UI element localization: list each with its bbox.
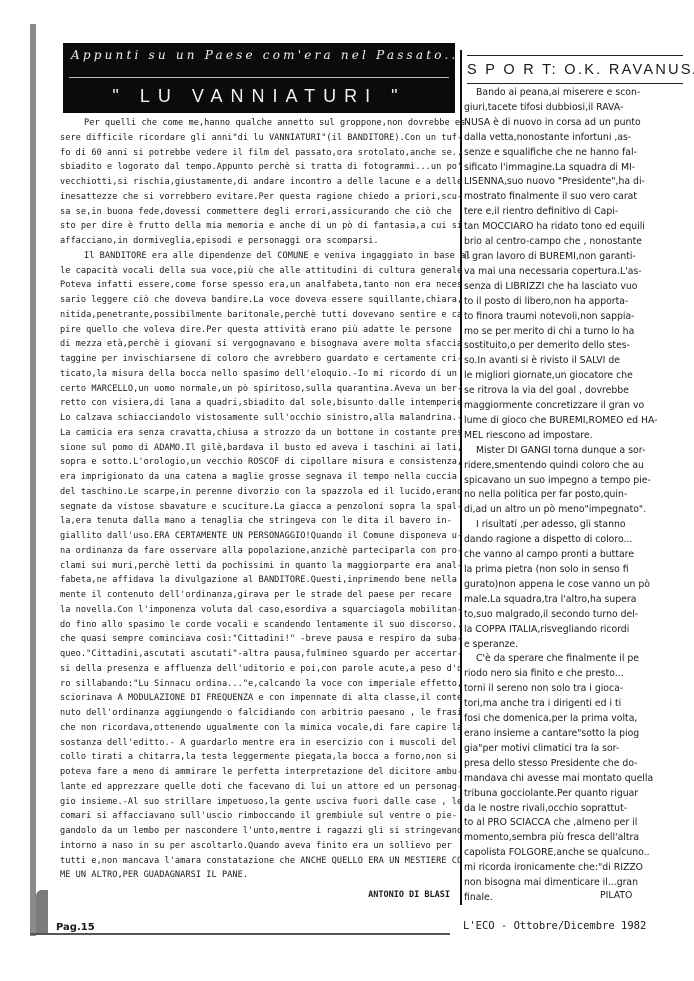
text-line: no nella politica per far posto,quin- <box>464 488 690 503</box>
text-line: giuri,tacete tifosi dubbiosi,il RAVA- <box>464 101 690 116</box>
text-line: se ritrova la via del goal , dovrebbe <box>464 384 690 399</box>
text-line: nuto dell'ordinanza aggiungendo o falcid… <box>60 706 460 721</box>
page-number: Pag.15 <box>56 922 95 933</box>
text-line: brio al centro-campo che , nonostante <box>464 235 690 250</box>
text-line: momento,sembra più fresca dell'altra <box>464 831 690 846</box>
text-line: sopra e sotto.L'orologio,un vecchio ROSC… <box>60 455 460 470</box>
text-line: certo MARCELLO,un uomo normale,un pò spi… <box>60 382 460 397</box>
text-line: ridere,smentendo quindi coloro che au <box>464 459 690 474</box>
text-line: torni il sereno non solo tra i gioca- <box>464 682 690 697</box>
text-line: MEL riescono ad impostare. <box>464 429 690 444</box>
text-line: Poteva infatti essere,come forse spesso … <box>60 278 460 293</box>
text-line: sciorinava A MODULAZIONE DI FREQUENZA e … <box>60 691 460 706</box>
text-line: sostituito,o per demerito dello stes- <box>464 339 690 354</box>
header-divider <box>69 77 449 78</box>
text-line: Lo calzava schiacciandolo vistosamente s… <box>60 411 460 426</box>
sport-signature: PILATO <box>600 890 632 901</box>
scan-bottom-edge <box>30 933 450 935</box>
text-line: LISENNA,suo nuovo "Presidente",ha di- <box>464 175 690 190</box>
sport-title-top-rule <box>467 55 683 56</box>
text-line: taggine per invischiarsene di coloro che… <box>60 352 460 367</box>
text-line: La camicia era senza cravatta,chiusa a s… <box>60 426 460 441</box>
text-line: sificato l'immagine.La squadra di MI- <box>464 161 690 176</box>
text-line: ME UN ALTRO,PER GUADAGNARSI IL PANE. <box>60 868 460 883</box>
text-line: sa se,in buona fede,dovessi commettere d… <box>60 205 460 220</box>
text-line: che vanno al campo pronti a buttare <box>464 548 690 563</box>
text-line: mente il contenuto dell'ordinanza,girava… <box>60 588 460 603</box>
text-line: senza di LIBRIZZI che ha lasciato vuo <box>464 280 690 295</box>
text-line: intorno a naso in su per ascoltarlo.Quan… <box>60 839 460 854</box>
text-line: sere difficile ricordare gli anni"di lu … <box>60 131 460 146</box>
text-line: gurato)non appena le cose vanno un pò <box>464 578 690 593</box>
article-kicker: Appunti su un Paese com'era nel Passato.… <box>71 48 494 62</box>
text-line: giallito dall'uso.ERA CERTAMENTE UN PERS… <box>60 529 460 544</box>
text-line: gandolo da un lembo per nascondere l'unt… <box>60 824 460 839</box>
text-line: Bando ai peana,ai miserere e scon- <box>464 86 690 101</box>
text-line: la,era tenuta dalla mano a tenaglia che … <box>60 514 460 529</box>
text-line: si della presenza e affluenza dell'udito… <box>60 662 460 677</box>
text-line: I risultati ,per adesso, gli stanno <box>464 518 690 533</box>
text-line: tutti e,non mancava l'amara constatazion… <box>60 854 460 869</box>
text-line: vecchiotti,si rischia,giustamente,di and… <box>60 175 460 190</box>
text-line: segnate da vistose sbavature e scuciture… <box>60 500 460 515</box>
text-line: NUSA è di nuovo in corsa ad un punto <box>464 116 690 131</box>
text-line: to il posto di libero,non ha apporta- <box>464 295 690 310</box>
text-line: Il BANDITORE era alle dipendenze del COM… <box>60 249 460 264</box>
text-line: presa dello stesso Presidente che do- <box>464 757 690 772</box>
publication-footer: L'ECO - Ottobre/Dicembre 1982 <box>463 920 646 932</box>
column-divider <box>460 50 462 905</box>
text-line: Mister DI GANGI torna dunque a sor- <box>464 444 690 459</box>
text-line: ro sillabando:"Lu Sinnacu ordina..."e,ca… <box>60 677 460 692</box>
text-line: retto con visiera,di lana a quadri,sbiad… <box>60 396 460 411</box>
article-body: Per quelli che come me,hanno qualche ann… <box>60 116 460 883</box>
scan-page-edge <box>30 24 36 936</box>
text-line: fosi che domenica,per la prima volta, <box>464 712 690 727</box>
text-line: mi ricorda ironicamente che:"di RIZZO <box>464 861 690 876</box>
text-line: dando ragione a dispetto di coloro... <box>464 533 690 548</box>
text-line: le capacità vocali della sua voce,più ch… <box>60 264 460 279</box>
text-line: dalla vetta,nonostante infortuni ,as- <box>464 131 690 146</box>
text-line: era imprigionato da una catena a maglie … <box>60 470 460 485</box>
sport-column-body: Bando ai peana,ai miserere e scon-giuri,… <box>464 86 690 906</box>
text-line: sto per dire è frutto della mia memoria … <box>60 219 460 234</box>
text-line: di mezza età,perchè i giovani si vergogn… <box>60 337 460 352</box>
scan-shadow <box>36 890 48 933</box>
text-line: pire quello che voleva dire.Per questa a… <box>60 323 460 338</box>
sport-title-bottom-rule <box>467 83 683 84</box>
sport-column-title: S P O R T: O.K. RAVANUSA <box>467 62 683 78</box>
text-line: ticato,la misura della bocca nello spasi… <box>60 367 460 382</box>
text-line: senze e squalifiche che ne hanno fal- <box>464 146 690 161</box>
article-byline: ANTONIO DI BLASI <box>300 890 450 900</box>
text-line: di,ad un altro un pò meno"impegnato". <box>464 503 690 518</box>
text-line: mostrato finalmente il suo vero carat <box>464 190 690 205</box>
text-line: sione sul pomo di ADAMO.Il gilè,bardava … <box>60 441 460 456</box>
text-line: tori,ma anche tra i dirigenti ed i ti <box>464 697 690 712</box>
text-line: finale. <box>464 891 690 906</box>
text-line: le migliori giornate,un giocatore che <box>464 369 690 384</box>
text-line: lante ed apprezzare quelle doti che face… <box>60 780 460 795</box>
text-line: na ordinanza da fare osservare alla popo… <box>60 544 460 559</box>
text-line: mandava chi avesse mai montato quella <box>464 772 690 787</box>
text-line: la prima pietra (non solo in senso fi <box>464 563 690 578</box>
text-line: capolista FOLGORE,anche se qualcuno.. <box>464 846 690 861</box>
text-line: C'è da sperare che finalmente il pe <box>464 652 690 667</box>
text-line: gio insieme.-Al suo strillare impetuoso,… <box>60 795 460 810</box>
text-line: sbiadito e logorato dal tempo.Appunto pe… <box>60 160 460 175</box>
text-line: gia"per motivi climatici tra la sor- <box>464 742 690 757</box>
text-line: sario leggere ciò che doveva bandire.La … <box>60 293 460 308</box>
text-line: non bisogna mai dimenticare il...gran <box>464 876 690 891</box>
text-line: lume di gioco che BUREMI,ROMEO ed HA- <box>464 414 690 429</box>
text-line: do fino allo spasimo le corde vocali e s… <box>60 618 460 633</box>
text-line: mo se per merito di chi a turno lo ha <box>464 325 690 340</box>
text-line: male.La squadra,tra l'altro,ha supera <box>464 593 690 608</box>
text-line: tere e,il rientro definitivo di Capi- <box>464 205 690 220</box>
text-line: tribuna gocciolante.Per quanto riguar <box>464 787 690 802</box>
text-line: spicavano un suo impegno a tempo pie- <box>464 474 690 489</box>
text-line: inesattezze che si vorrebbero evitare.Pe… <box>60 190 460 205</box>
text-line: comari si affacciavano sull'uscio rimboc… <box>60 809 460 824</box>
text-line: queo."Cittadini,ascutati ascutati"-altra… <box>60 647 460 662</box>
text-line: to al PRO SCIACCA che ,almeno per il <box>464 816 690 831</box>
text-line: e speranze. <box>464 638 690 653</box>
text-line: poteva fare a meno di ammirare le perfet… <box>60 765 460 780</box>
text-line: tan MOCCIARO ha ridato tono ed equili <box>464 220 690 235</box>
text-line: maggiormente concretizzare il gran vo <box>464 399 690 414</box>
text-line: to finora traumi notevoli,non sappia- <box>464 310 690 325</box>
text-line: fo di 60 anni si potrebbe vedere il film… <box>60 146 460 161</box>
text-line: il gran lavoro di BUREMI,non garanti- <box>464 250 690 265</box>
text-line: riodo nero sia finito e che presto... <box>464 667 690 682</box>
text-line: erano insieme a cantare"sotto la piog <box>464 727 690 742</box>
text-line: da le nostre rivali,occhio soprattut- <box>464 802 690 817</box>
text-line: to,suo malgrado,il secondo turno del- <box>464 608 690 623</box>
text-line: collo tirati a chitarra,la testa leggerm… <box>60 750 460 765</box>
text-line: la novella.Con l'imponenza voluta dal ca… <box>60 603 460 618</box>
text-line: che non ricordava,ottenendo ugualmente c… <box>60 721 460 736</box>
text-line: fabeta,ne affidava la divulgazione al BA… <box>60 573 460 588</box>
text-line: del taschino.Le scarpe,in perenne divorz… <box>60 485 460 500</box>
article-header-box: Appunti su un Paese com'era nel Passato.… <box>63 43 455 113</box>
text-line: clami sui muri,perchè letti da pochissim… <box>60 559 460 574</box>
text-line: va mai una necessaria copertura.L'as- <box>464 265 690 280</box>
text-line: sostanza dell'editto.- A guardarlo mentr… <box>60 736 460 751</box>
text-line: Per quelli che come me,hanno qualche ann… <box>60 116 460 131</box>
text-line: so.In avanti si è rivisto il SALVI de <box>464 354 690 369</box>
text-line: che quasi sempre cominciava così:"Cittad… <box>60 632 460 647</box>
text-line: nitida,penetrante,possibilmente baritona… <box>60 308 460 323</box>
text-line: la COPPA ITALIA,risvegliando ricordi <box>464 623 690 638</box>
article-title: " LU VANNIATURI " <box>63 86 455 107</box>
text-line: affacciano,in dormiveglia,episodi e pers… <box>60 234 460 249</box>
